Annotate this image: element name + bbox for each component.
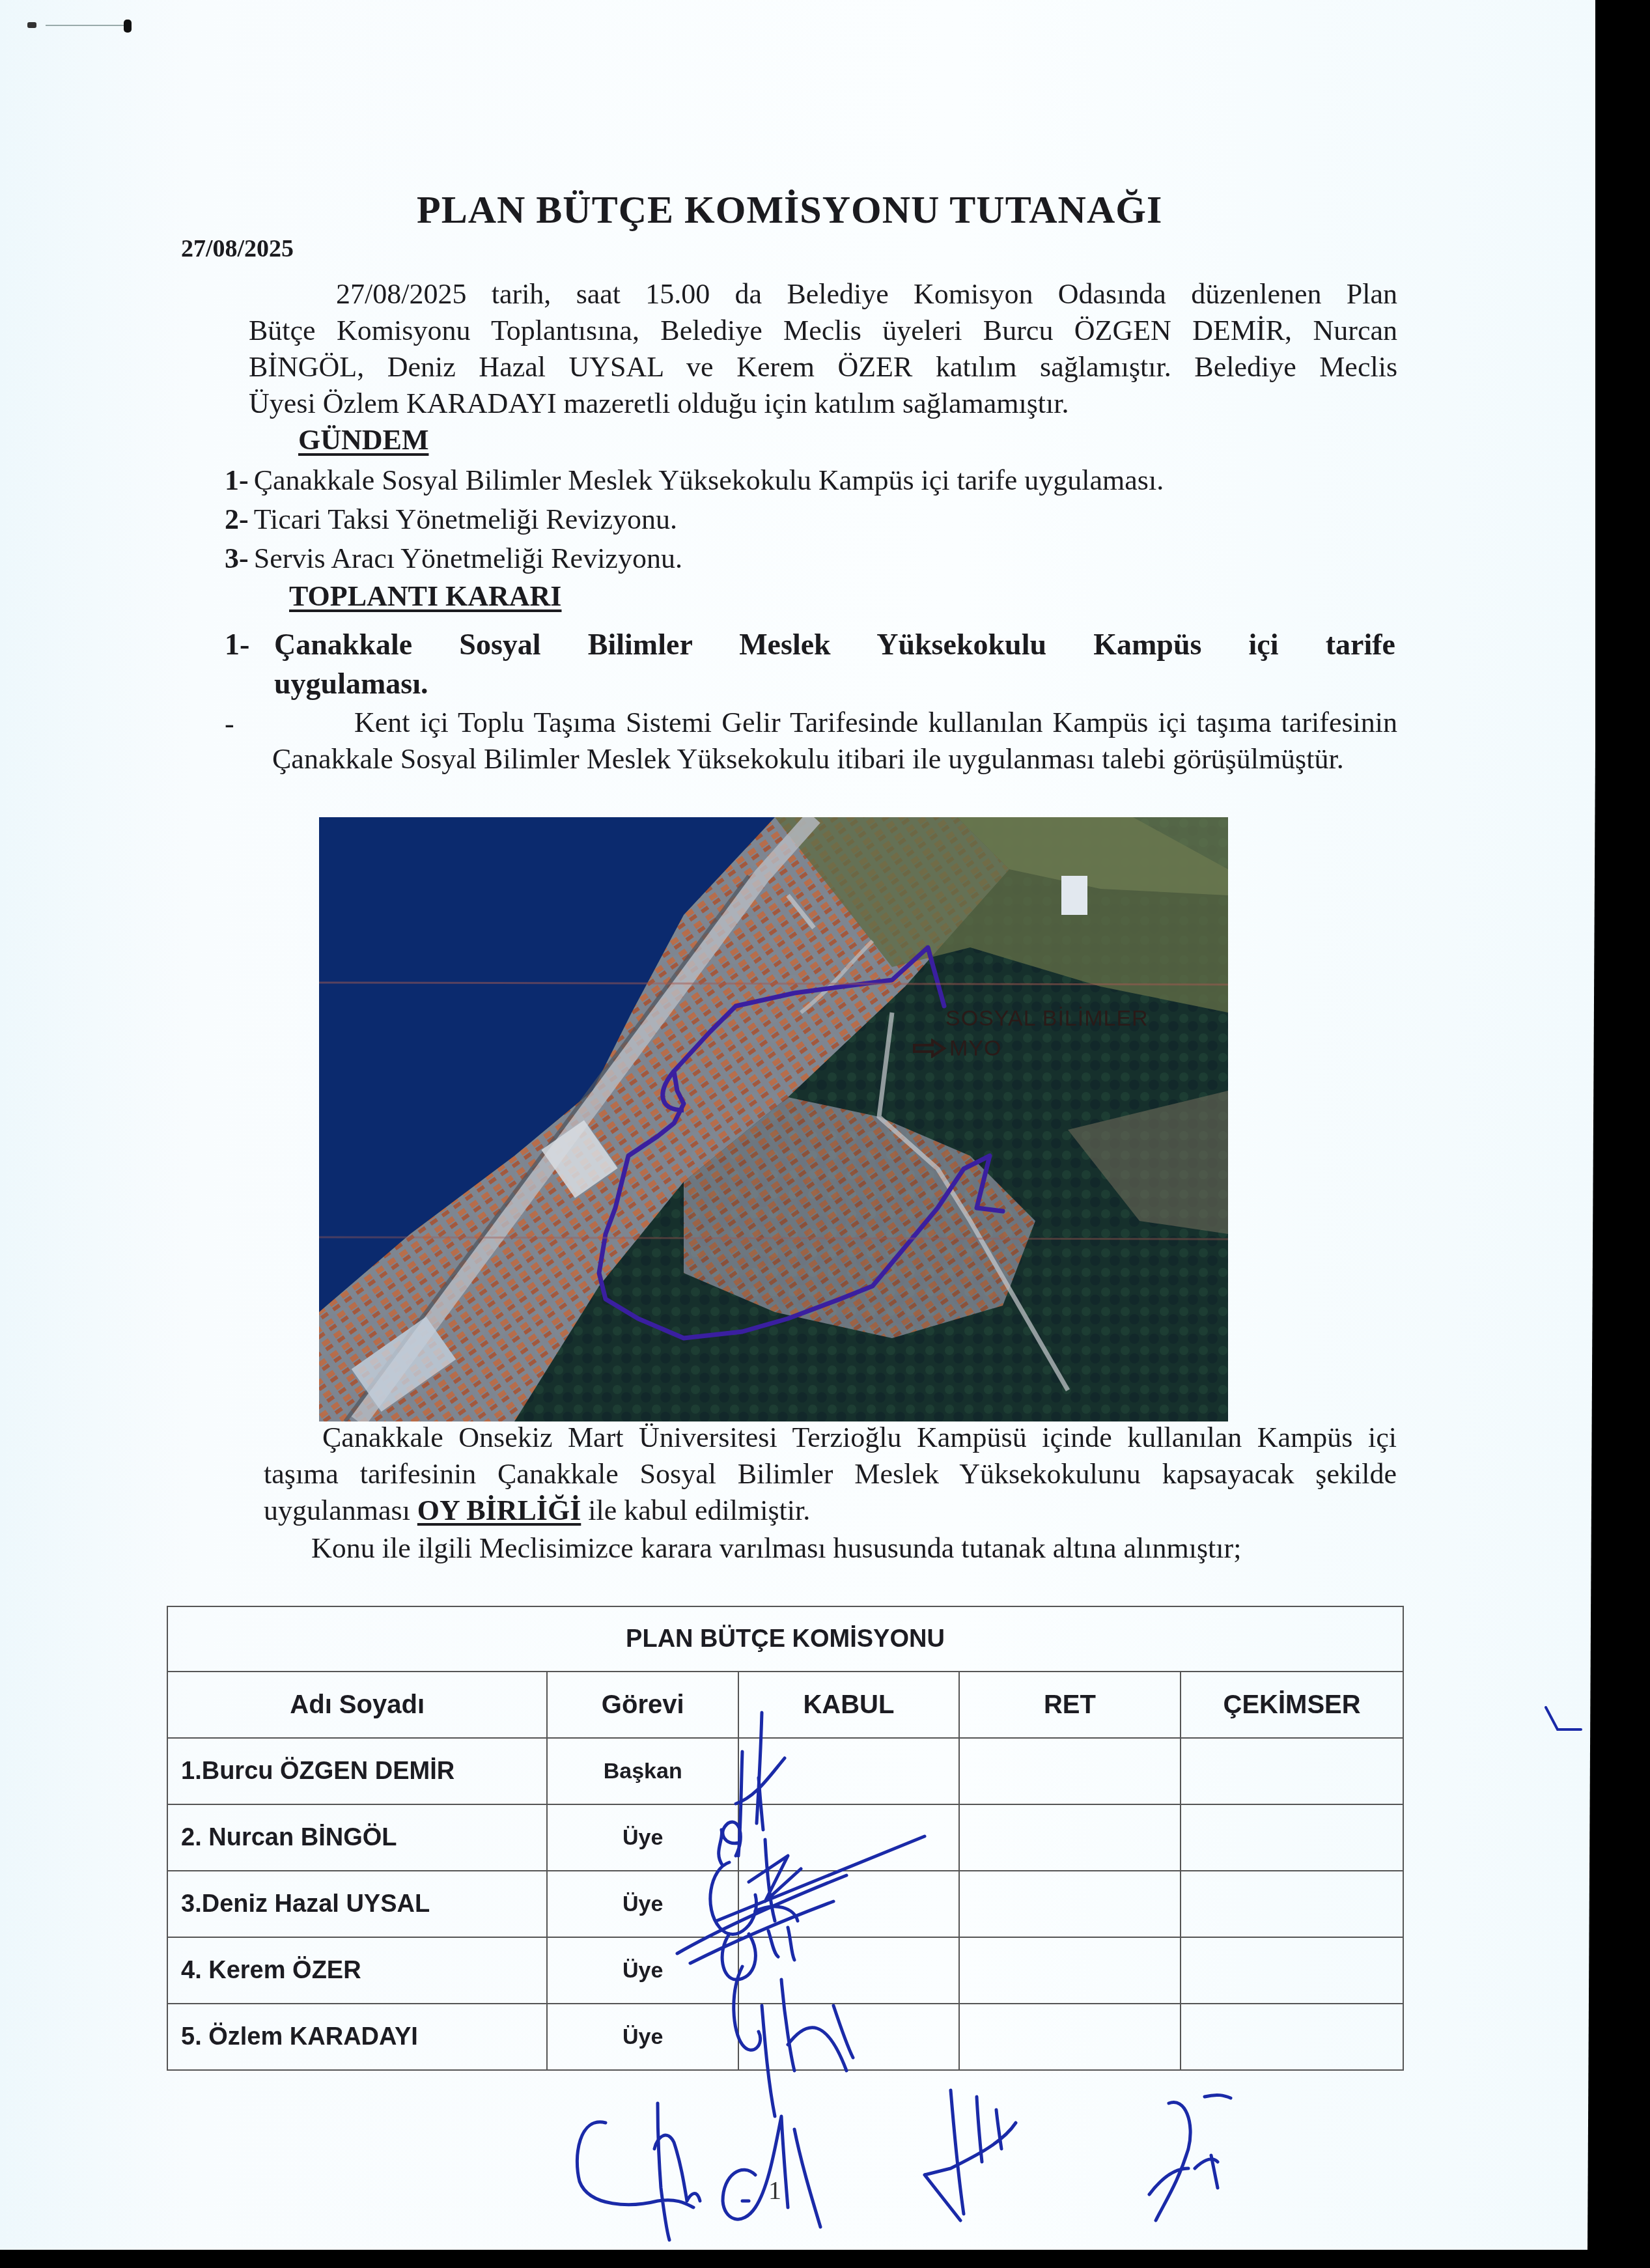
agenda-item: 2-Ticari Taksi Yönetmeliği Revizyonu.: [225, 503, 677, 536]
bullet-dash: -: [225, 707, 234, 740]
document-title: PLAN BÜTÇE KOMİSYONU TUTANAĞI: [417, 188, 1162, 232]
accept-cell: [738, 1804, 959, 1871]
accept-cell: [738, 1937, 959, 2004]
table-header-row: Adı Soyadı Görevi KABUL RET ÇEKİMSER: [167, 1672, 1403, 1738]
reject-cell: [959, 2004, 1181, 2070]
scanned-page: PLAN BÜTÇE KOMİSYONU TUTANAĞI 27/08/2025…: [0, 0, 1595, 2250]
abstain-cell: [1181, 1871, 1403, 1937]
decision-item-title-cont: uygulaması.: [274, 664, 428, 703]
map-label-myo: MYO: [949, 1036, 1001, 1061]
agenda-item-text: Servis Aracı Yönetmeliği Revizyonu.: [254, 542, 682, 574]
margin-tick-mark: [1543, 1706, 1582, 1732]
agenda-item-number: 3-: [225, 542, 249, 574]
reject-cell: [959, 1937, 1181, 2004]
agenda-heading: GÜNDEM: [298, 423, 428, 456]
member-role: Başkan: [547, 1738, 738, 1804]
table-row: 1.Burcu ÖZGEN DEMİR Başkan: [167, 1738, 1403, 1804]
member-name: 5. Özlem KARADAYI: [167, 2004, 547, 2070]
agenda-item-number: 1-: [225, 464, 249, 496]
column-header-role: Görevi: [547, 1672, 738, 1738]
closing-sentence: Konu ile ilgili Meclisimizce karara varı…: [311, 1532, 1241, 1565]
member-name: 4. Kerem ÖZER: [167, 1937, 547, 2004]
unanimous-emphasis: OY BİRLİĞİ: [417, 1494, 581, 1526]
hollow-arrow-icon: [913, 1039, 947, 1058]
result-text-end: ile kabul edilmiştir.: [581, 1494, 810, 1526]
discussion-paragraph: Kent içi Toplu Taşıma Sistemi Gelir Tari…: [272, 705, 1397, 777]
accept-cell: [738, 2004, 959, 2070]
agenda-item-number: 2-: [225, 503, 249, 535]
decision-item-title: Çanakkale Sosyal Bilimler Meslek Yükseko…: [274, 625, 1395, 664]
column-header-accept: KABUL: [738, 1672, 959, 1738]
committee-vote-table: PLAN BÜTÇE KOMİSYONU Adı Soyadı Görevi K…: [167, 1606, 1404, 2071]
agenda-item-text: Çanakkale Sosyal Bilimler Meslek Yükseko…: [254, 464, 1164, 496]
footer-signatures: [560, 2071, 1400, 2247]
member-name: 1.Burcu ÖZGEN DEMİR: [167, 1738, 547, 1804]
table-caption: PLAN BÜTÇE KOMİSYONU: [167, 1606, 1403, 1672]
abstain-cell: [1181, 1937, 1403, 2004]
intro-line: Bütçe Komisyonu Toplantısına, Belediye M…: [249, 314, 1397, 347]
column-header-name: Adı Soyadı: [167, 1672, 547, 1738]
reject-cell: [959, 1804, 1181, 1871]
table-row: 5. Özlem KARADAYI Üye: [167, 2004, 1403, 2070]
scan-artifact: [26, 20, 137, 33]
column-header-abstain: ÇEKİMSER: [1181, 1672, 1403, 1738]
accept-cell: [738, 1871, 959, 1937]
intro-line: BİNGÖL, Deniz Hazal UYSAL ve Kerem ÖZER …: [249, 350, 1397, 384]
member-role: Üye: [547, 2004, 738, 2070]
reject-cell: [959, 1871, 1181, 1937]
agenda-item: 1-Çanakkale Sosyal Bilimler Meslek Yükse…: [225, 464, 1164, 497]
abstain-cell: [1181, 1804, 1403, 1871]
result-paragraph: Çanakkale Onsekiz Mart Üniversitesi Terz…: [264, 1420, 1397, 1529]
table-row: 3.Deniz Hazal UYSAL Üye: [167, 1871, 1403, 1937]
table-row: 2. Nurcan BİNGÖL Üye: [167, 1804, 1403, 1871]
member-name: 2. Nurcan BİNGÖL: [167, 1804, 547, 1871]
agenda-item: 3-Servis Aracı Yönetmeliği Revizyonu.: [225, 542, 682, 575]
decision-item-number: 1-: [225, 625, 249, 664]
page-number: 1: [768, 2175, 781, 2205]
member-name: 3.Deniz Hazal UYSAL: [167, 1871, 547, 1937]
satellite-map: SOSYAL BİLİMLER MYO: [319, 817, 1228, 1421]
abstain-cell: [1181, 1738, 1403, 1804]
intro-line: 27/08/2025 tarih, saat 15.00 da Belediye…: [336, 277, 1397, 311]
intro-line: Üyesi Özlem KARADAYI mazeretli olduğu iç…: [249, 387, 1069, 420]
map-label-school: SOSYAL BİLİMLER: [945, 1006, 1149, 1031]
member-role: Üye: [547, 1937, 738, 2004]
reject-cell: [959, 1738, 1181, 1804]
column-header-reject: RET: [959, 1672, 1181, 1738]
table-row: 4. Kerem ÖZER Üye: [167, 1937, 1403, 2004]
map-graphic: [319, 817, 1228, 1421]
accept-cell: [738, 1738, 959, 1804]
member-role: Üye: [547, 1804, 738, 1871]
decision-heading: TOPLANTI KARARI: [289, 580, 561, 613]
document-date: 27/08/2025: [181, 234, 294, 263]
agenda-item-text: Ticari Taksi Yönetmeliği Revizyonu.: [254, 503, 677, 535]
abstain-cell: [1181, 2004, 1403, 2070]
member-role: Üye: [547, 1871, 738, 1937]
